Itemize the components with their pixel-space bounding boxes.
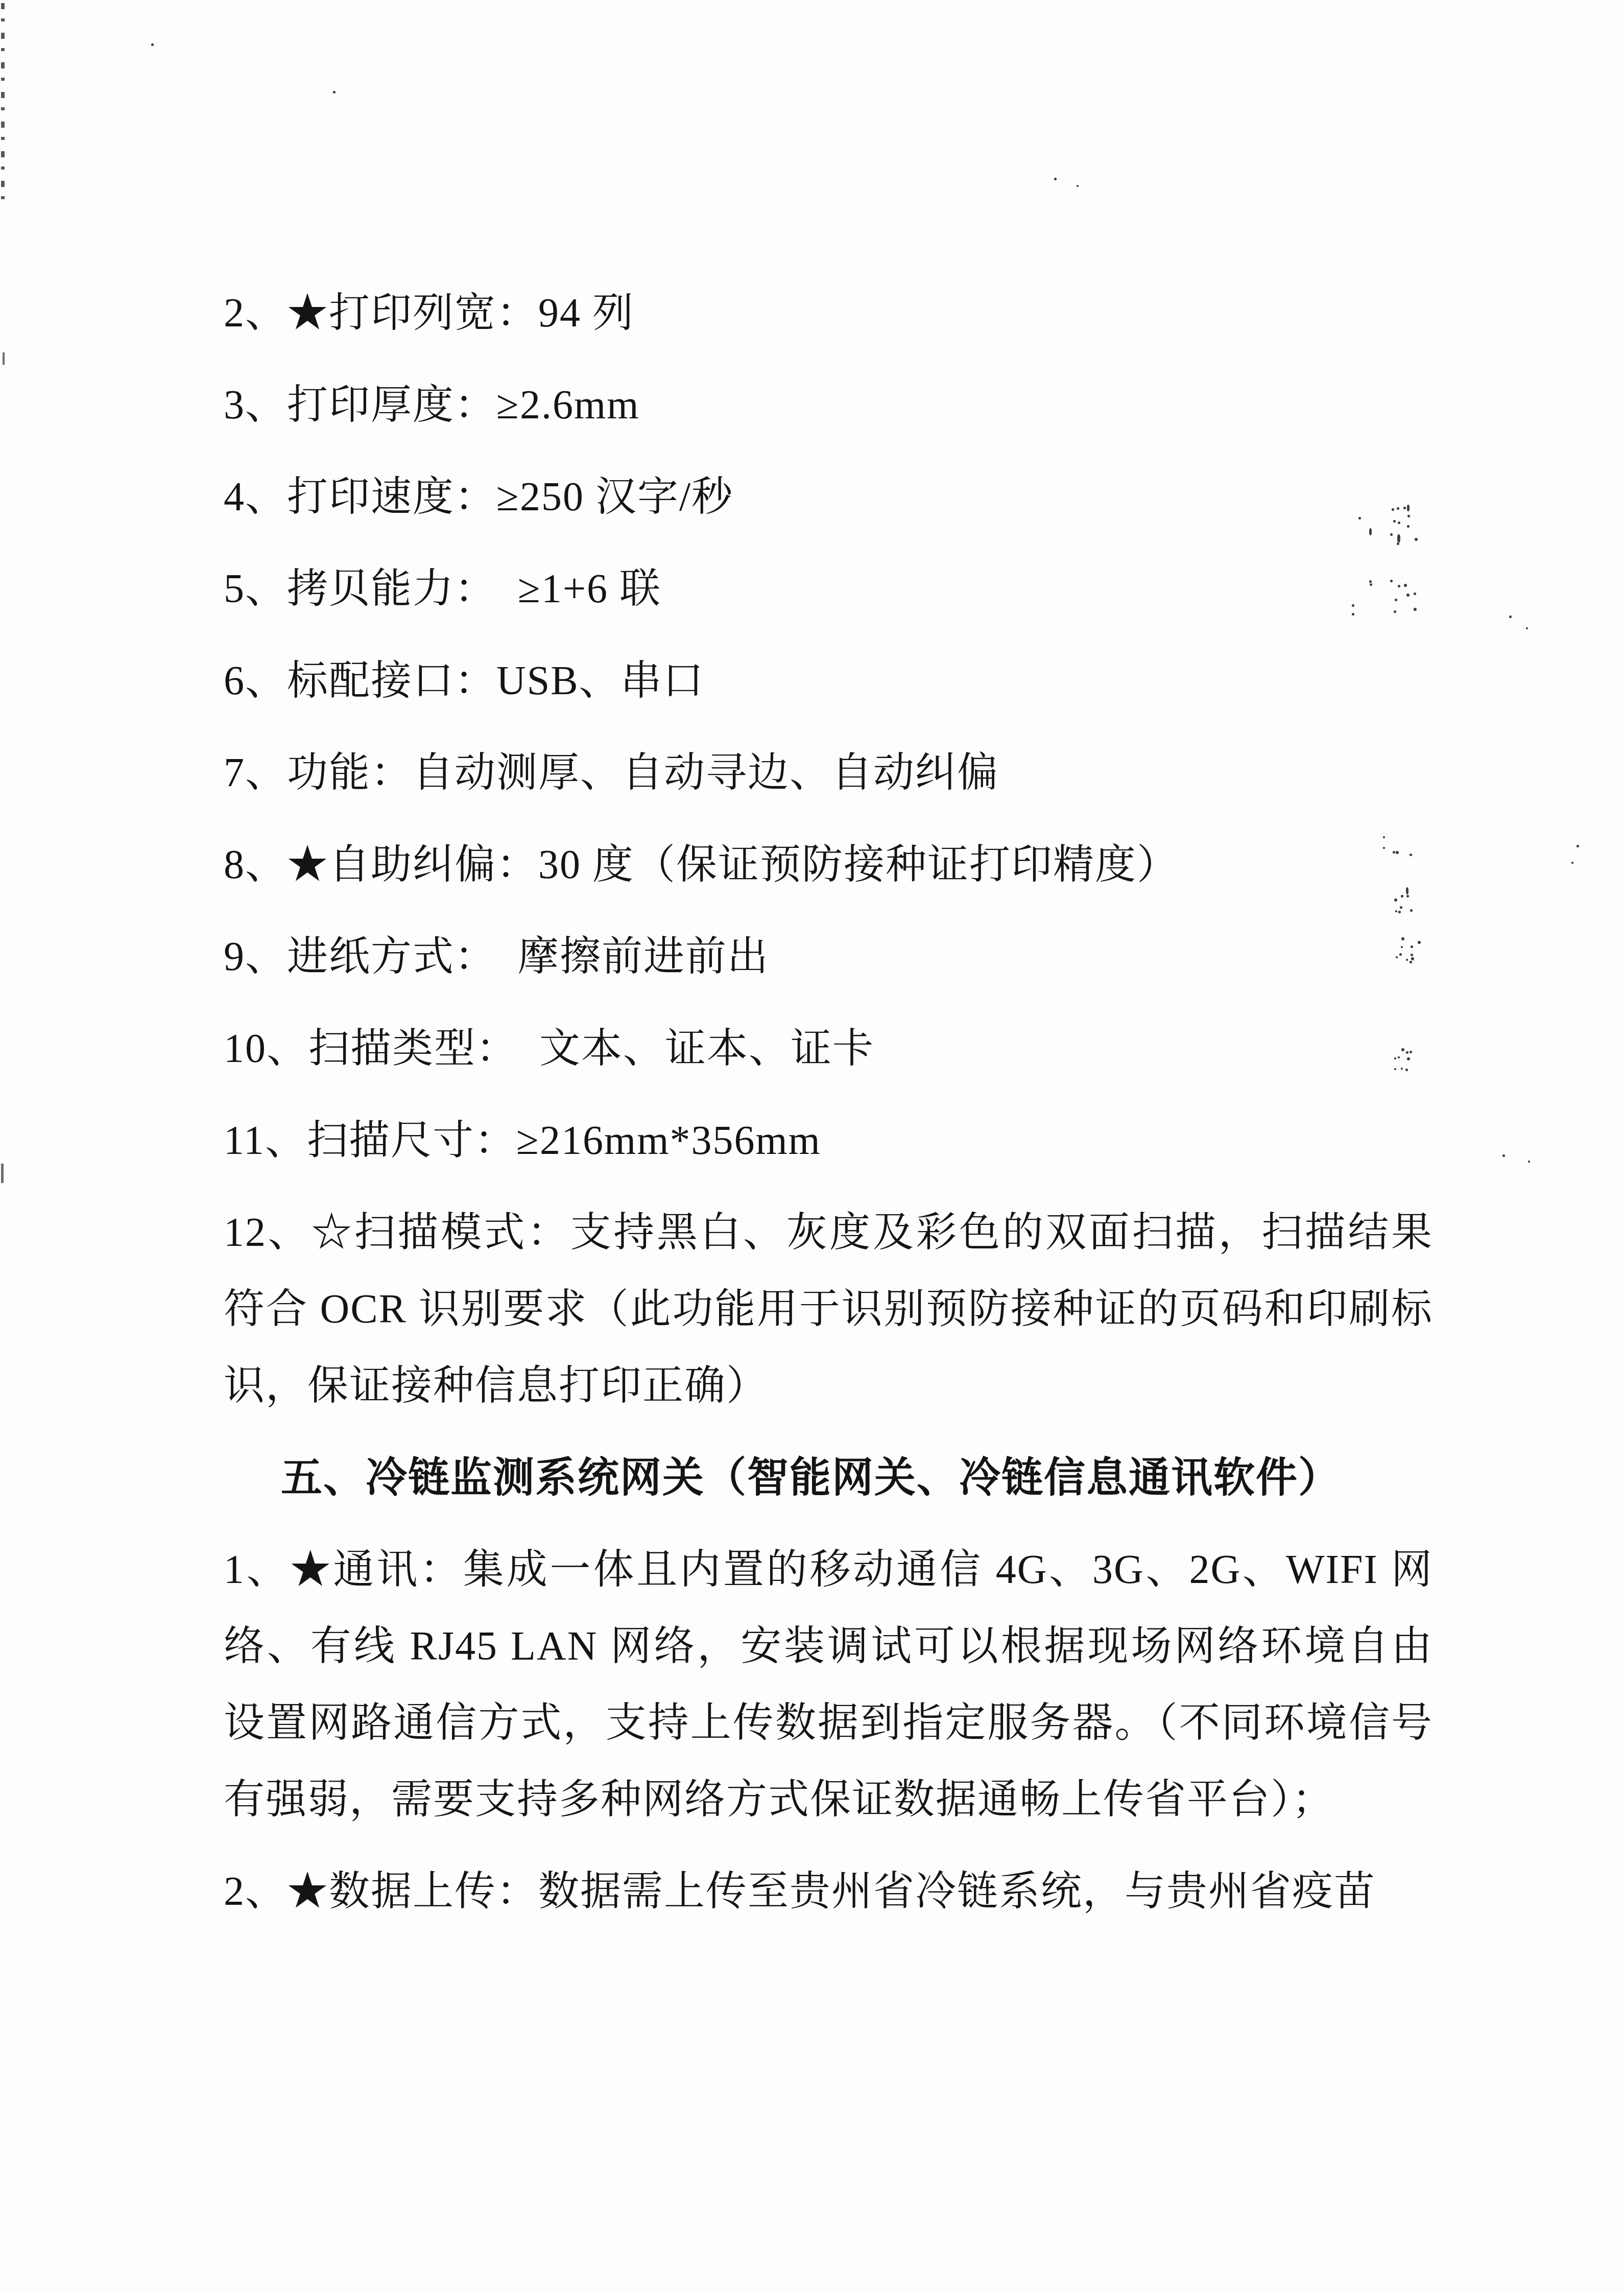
scan-speck bbox=[333, 91, 336, 93]
spec-text-block: 2、★打印列宽：94 列 3、打印厚度：≥2.6mm 4、打印速度：≥250 汉… bbox=[224, 275, 1433, 1945]
scan-speck bbox=[1526, 627, 1528, 629]
scan-speck bbox=[1054, 178, 1057, 180]
printer-spec-item-7: 7、功能：自动测厚、自动寻边、自动纠偏 bbox=[224, 735, 1433, 811]
printer-spec-item-4: 4、打印速度：≥250 汉字/秒 bbox=[224, 459, 1433, 535]
gateway-spec-item-2: 2、★数据上传：数据需上传至贵州省冷链系统，与贵州省疫苗 bbox=[224, 1853, 1433, 1930]
document-page: 2、★打印列宽：94 列 3、打印厚度：≥2.6mm 4、打印速度：≥250 汉… bbox=[0, 0, 1624, 2293]
printer-spec-item-9: 9、进纸方式： 摩擦前进前出 bbox=[224, 918, 1433, 995]
printer-spec-item-8: 8、★自助纠偏：30 度（保证预防接种证打印精度） bbox=[224, 826, 1433, 903]
printer-spec-item-2: 2、★打印列宽：94 列 bbox=[224, 275, 1433, 351]
printer-spec-item-10: 10、扫描类型： 文本、证本、证卡 bbox=[224, 1010, 1433, 1087]
printer-spec-item-6: 6、标配接口：USB、串口 bbox=[224, 643, 1433, 719]
printer-spec-item-11: 11、扫描尺寸：≥216mm*356mm bbox=[224, 1102, 1433, 1179]
scan-speck bbox=[1528, 1161, 1530, 1163]
scan-speck bbox=[1509, 616, 1512, 618]
scan-edge-artifact bbox=[1, 1164, 4, 1183]
section-heading-cold-chain-gateway: 五、冷链监测系统网关（智能网关、冷链信息通讯软件） bbox=[224, 1439, 1433, 1516]
printer-spec-item-12: 12、☆扫描模式：支持黑白、灰度及彩色的双面扫描，扫描结果符合 OCR 识别要求… bbox=[224, 1194, 1433, 1424]
printer-spec-item-5: 5、拷贝能力： ≥1+6 联 bbox=[224, 551, 1433, 627]
printer-spec-item-3: 3、打印厚度：≥2.6mm bbox=[224, 367, 1433, 443]
scan-speck bbox=[1571, 862, 1573, 864]
gateway-spec-item-1: 1、★通讯：集成一体且内置的移动通信 4G、3G、2G、WIFI 网络、有线 R… bbox=[224, 1531, 1433, 1838]
scan-edge-artifact bbox=[3, 352, 5, 365]
scan-speck bbox=[1577, 845, 1579, 847]
scan-speck bbox=[151, 43, 154, 46]
scan-speck bbox=[1502, 1154, 1505, 1157]
scan-edge-artifact bbox=[1, 3, 5, 203]
scan-speck bbox=[1077, 185, 1079, 187]
